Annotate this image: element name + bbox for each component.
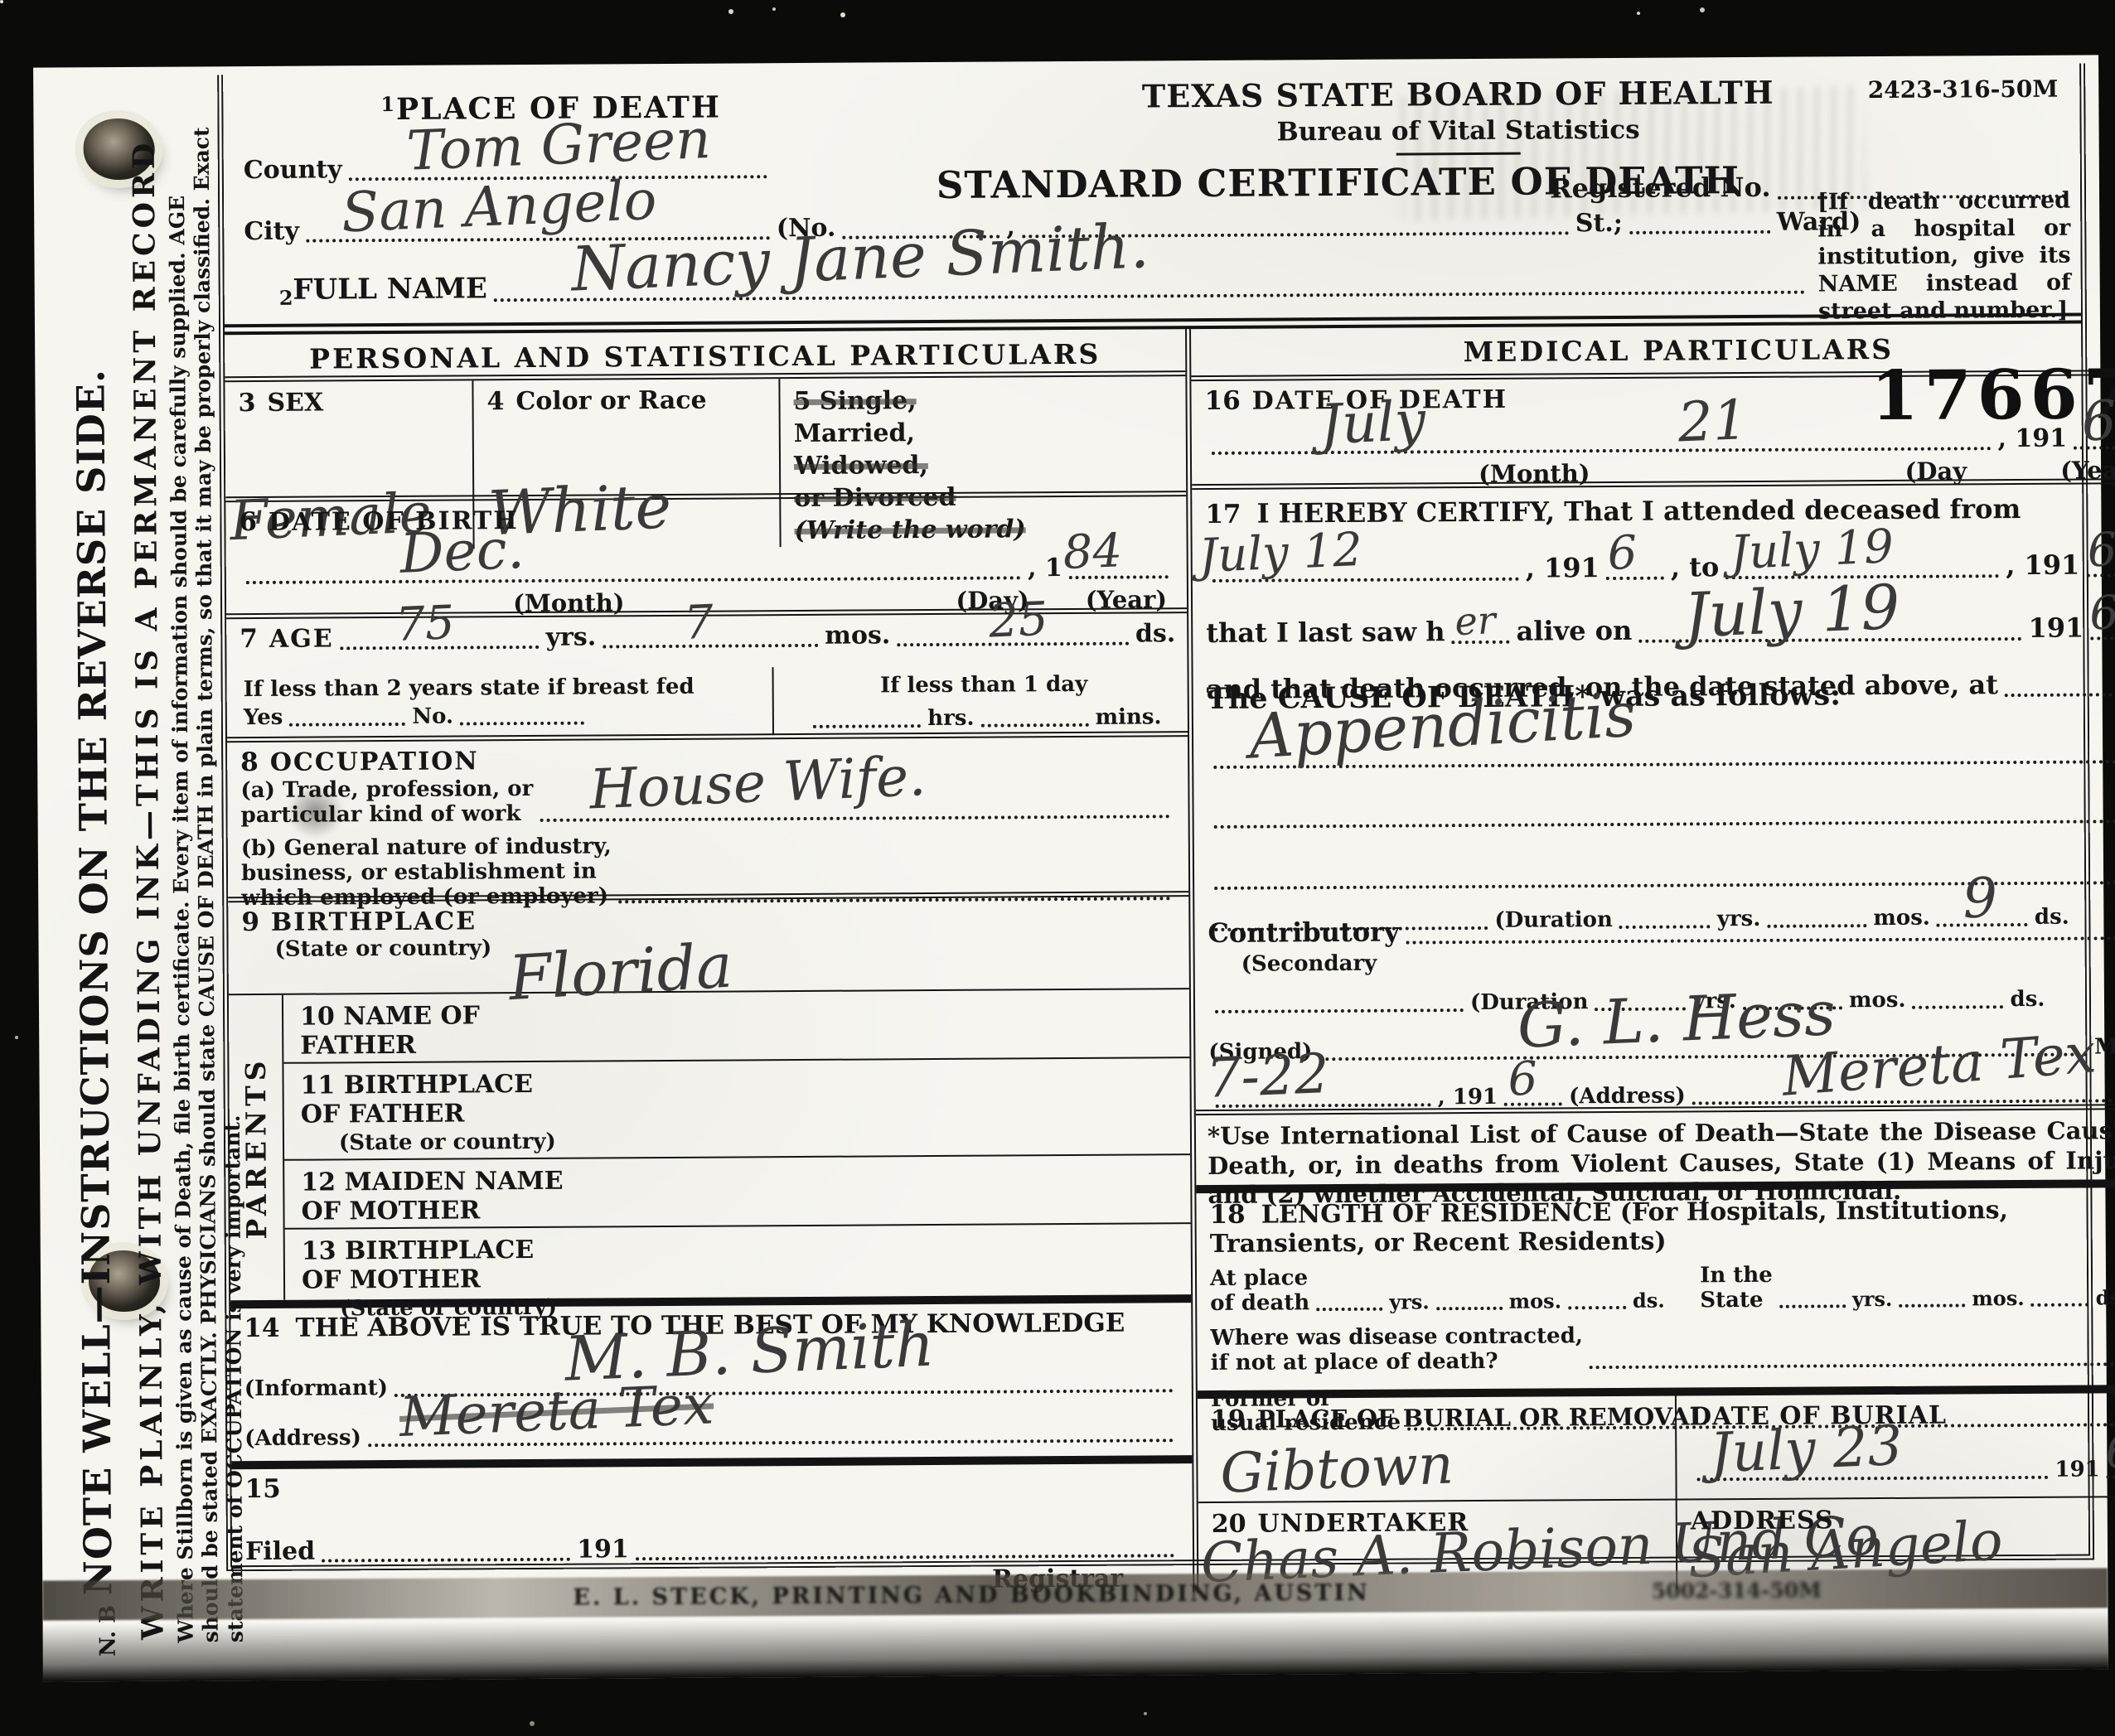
dob-line: Dec. [246,571,1021,584]
informant-address-label: (Address) [244,1425,361,1454]
mos-label: mos. [1849,988,1906,1016]
personal-column: PERSONAL AND STATISTICAL PARTICULARS 3SE… [225,329,1198,1598]
year-prefix: 191 [2055,1457,2099,1485]
month-label: (Month) [1479,459,1590,488]
ds-label: ds. [1633,1288,1665,1315]
father-birthplace-label: 11 BIRTHPLACE OF FATHER [300,1066,1181,1130]
international-list-note: *Use International List of Cause of Deat… [1196,1110,2115,1185]
filed-date-line [322,1553,570,1563]
city-label: City [244,217,299,249]
mos-label: mos. [1509,1289,1561,1316]
burial-date-value: July 23 [1709,1420,1904,1477]
ds-label: ds. [1135,619,1176,651]
atplace-ds-line [1568,1301,1626,1309]
field-number: 16 [1204,386,1240,416]
age-label: AGE [269,624,334,656]
burial-date-line: July 23 [1696,1471,2048,1482]
age-yrs-line: 75 [341,641,540,650]
scan-dust [0,0,3,3]
board-title: TEXAS STATE BOARD OF HEALTH [1118,74,1798,115]
attended-from-value: July 12 [1198,530,1363,578]
breast-fed-label: If less than 2 years state if breast fed [244,674,762,705]
father-birthplace-sub: (State or country) [339,1125,1182,1158]
race-label: Color or Race [515,386,706,419]
parents-side-label: PARENTS [229,995,285,1300]
at-place-label: At place of death [1210,1266,1309,1318]
certify-block: 17 I HEREBY CERTIFY, That I attended dec… [1192,484,2115,672]
full-name-label: FULL NAME [293,272,487,309]
county-label: County [244,155,342,188]
year-prefix: , 191 [1438,1085,1498,1113]
form-code: 2423-316-50M [1868,75,2059,104]
mother-birthplace-label: 13 BIRTHPLACE OF MOTHER [302,1232,1183,1296]
burial-year-line: 6 [2107,1470,2115,1478]
mos-label: mos. [825,621,890,653]
age-mos-line: 7 [603,639,818,649]
form-header: 1PLACE OF DEATH 2423-316-50M TEXAS STATE… [223,64,2081,325]
informant-label: (Informant) [244,1376,388,1405]
yrs-label: yrs. [546,622,597,655]
margin-write-plainly: WRITE PLAINLY, WITH UNFADING INK—THIS IS… [127,215,171,1640]
her-value: er [1454,603,1496,639]
burial-row: 19PLACE OF BURIAL OR REMOVAL Gibtown DAT… [1198,1393,2115,1501]
printer-code: 5002-314-50M [1652,1578,1822,1603]
last-saw-year-value: 6 [2088,592,2115,636]
field-number: 8 [240,747,259,777]
contracted-label: Where was disease contracted, if not at … [1210,1324,1583,1378]
form-body: PERSONAL AND STATISTICAL PARTICULARS 3SE… [225,324,2088,1572]
mins-line [981,718,1089,728]
field-number: 14 [244,1313,279,1343]
parents-block: PARENTS 10 NAME OF FATHER 11 BIRTHPLACE … [229,989,1191,1300]
mos-label: mos. [1972,1286,2024,1313]
sex-label: SEX [267,388,323,420]
field-number: 1 [380,92,396,116]
occupation-row: 8OCCUPATION (a) Trade, profession, or pa… [227,737,1188,897]
less-day-label: If less than 1 day [791,671,1178,702]
yrs-label: yrs. [1852,1287,1893,1314]
signed-date-value: 7-22 [1205,1049,1330,1103]
attended-to-value: July 19 [1730,526,1895,574]
contracted-line [1590,1357,2115,1369]
certify-text: I HEREBY CERTIFY, That I attended deceas… [1257,493,2021,533]
occupation-label: OCCUPATION [270,747,479,781]
certificate-page: NOTE WELL—INSTRUCTIONS ON THE REVERSE SI… [33,55,2108,1681]
cause-line-2 [1214,815,2115,829]
father-birthplace-field: 11 BIRTHPLACE OF FATHER (State or countr… [283,1058,1190,1161]
bureau-title: Bureau of Vital Statistics [1118,114,1798,148]
to-year-value: 6 [2087,530,2115,573]
last-saw-value: July 19 [1682,580,1900,644]
year-prefix: , 1 [1028,554,1062,586]
parents-label: PARENTS [240,1056,273,1239]
field-number: 4 [486,387,504,416]
contributory-block: Contributory (Secondary [1194,907,2115,987]
city-value: San Angelo [341,175,657,237]
year-prefix: , 191 [1997,424,2067,457]
filed-year-label: 191 [577,1535,629,1567]
field-number: 3 [238,389,255,418]
ward-label: Ward) [1777,207,1861,240]
age-yrs-value: 75 [394,602,455,646]
ds-label: ds. [2096,1285,2115,1313]
lead-line [1215,1003,1464,1013]
from-year-line: 6 [1606,572,1664,580]
mother-name-label: 12 MAIDEN NAME OF MOTHER [301,1163,1182,1227]
parents-rows: 10 NAME OF FATHER 11 BIRTHPLACE OF FATHE… [283,989,1191,1300]
certificate-form: 1PLACE OF DEATH 2423-316-50M TEXAS STATE… [217,64,2094,1572]
medical-column: 17667 MEDICAL PARTICULARS 16DATE OF DEAT… [1191,323,2115,1593]
personal-section-title: PERSONAL AND STATISTICAL PARTICULARS [225,329,1185,376]
ward-line [1629,225,1770,235]
less-than-day-field: If less than 1 day hrs. mins. [774,665,1188,735]
signed-block: (Duration yrs. mos. ds. (Signed) G. L. H… [1195,981,2115,1110]
age-mos-value: 7 [683,602,714,645]
st-label: St.; [1575,209,1623,241]
burial-year-value: 6 [2105,1431,2115,1474]
atplace-mos-line [1436,1302,1503,1310]
contributory-line [1406,931,2115,944]
field-number: 17 [1205,500,1241,530]
field-number: 19 [1211,1405,1246,1434]
year-prefix: , 191 [1526,552,1600,588]
yes-label: Yes [244,705,283,733]
ds-label: ds. [2010,987,2045,1015]
informant-address-value: Mereta Tex [398,1380,714,1442]
dod-year-value: 6 [2081,395,2115,446]
instate-ds-line [2031,1298,2089,1306]
hrs-line [813,719,921,728]
registered-no-label: Registered No. [1550,172,1771,208]
year-label: (Year) [2060,456,2115,485]
father-name-field: 10 NAME OF FATHER [283,989,1189,1064]
full-name-field: 2 FULL NAME Nancy Jane Smith. [279,264,1813,310]
cause-line-1: Appendicitis [1213,755,2115,769]
year-prefix: 191 [2028,612,2084,647]
field-number: 9 [241,907,259,937]
board-heading: TEXAS STATE BOARD OF HEALTH Bureau of Vi… [1118,74,1798,157]
last-saw-line: July 19 [1638,632,2021,643]
age-ds-value: 25 [988,598,1048,642]
dod-day-value: 21 [1677,395,1749,447]
contributory-label: Contributory [1208,916,1399,952]
in-state-label: In the State [1700,1264,1773,1315]
signed-year-value: 6 [1508,1058,1539,1101]
marital-widowed: Widowed, [794,447,1178,482]
field-number: 5 [793,387,811,416]
dob-month-value: Dec. [399,524,525,578]
mother-name-field: 12 MAIDEN NAME OF MOTHER [284,1155,1190,1230]
last-saw-text: that I last saw h [1206,616,1445,652]
signed-year-line: 6 [1504,1097,1562,1105]
residence-block: 18 LENGTH OF RESIDENCE (For Hospitals, I… [1196,1187,2115,1390]
signed-address-line: Mereta Tex [1692,1094,2115,1105]
burial-place-label: PLACE OF BURIAL OR REMOVAL [1257,1402,1706,1436]
md-label: M. D. [2094,1034,2115,1062]
full-name-value: Nancy Jane Smith. [570,220,1150,298]
birthplace-row: 9BIRTHPLACE (State or country) Florida [228,897,1189,994]
to-year-line: 6 [2086,568,2115,577]
cause-of-death-block: The CAUSE OF DEATH* was as follows: Appe… [1193,666,2115,912]
burial-date-field: DATE OF BURIAL July 23 191 6 [1677,1393,2115,1499]
dod-year-line: 6 [2074,441,2115,450]
printer-imprint: E. L. STECK, PRINTING AND BOOKBINDING, A… [573,1579,1370,1610]
field-number: 15 [244,1474,280,1504]
month-label: (Month) [513,588,625,617]
marital-married: Married, [794,415,1178,450]
occupation-a-label: (a) Trade, profession, or particular kin… [240,777,533,830]
field-number: 2 [279,286,293,310]
field-number: 6 [239,507,257,537]
informant-block: 14 THE ABOVE IS TRUE TO THE BEST OF MY K… [230,1303,1192,1461]
infant-row: If less than 2 years state if breast fed… [227,665,1188,737]
dod-line: July 21 [1212,442,1992,455]
filed-label: Filed [245,1537,315,1570]
attended-from-line: July 12 [1212,573,1519,583]
year-prefix: , 191 [2006,549,2079,585]
year-label: (Year) [1086,585,1167,614]
margin-note-well: NOTE WELL—INSTRUCTIONS ON THE REVERSE SI… [70,700,121,1595]
residence-label: LENGTH OF RESIDENCE (For Hospitals, Inst… [1210,1196,2008,1262]
burial-place-field: 19PLACE OF BURIAL OR REMOVAL Gibtown [1198,1396,1677,1502]
mins-label: mins. [1095,704,1161,733]
signed-date-line: 7-22 [1216,1098,1431,1108]
sex-race-marital-row: 3SEX Female 4Color or Race White 5 Singl… [225,376,1186,496]
duration2-ds-line [1912,1000,2003,1009]
father-name-label: 10 NAME OF FATHER [300,998,1181,1061]
breast-fed-field: If less than 2 years state if breast fed… [227,667,774,738]
dod-month-value: July [1319,396,1426,450]
last-saw-year-line: 6 [2090,631,2115,640]
age-ds-line: 25 [897,637,1129,647]
cause-value: Appendicitis [1248,688,1638,766]
scan-background: NOTE WELL—INSTRUCTIONS ON THE REVERSE SI… [0,0,2115,1736]
marital-single: Single, [820,386,917,416]
hrs-label: hrs. [927,706,975,734]
filed-year-line [636,1549,1174,1560]
instate-mos-line [1899,1298,1965,1307]
burial-place-value: Gibtown [1219,1439,1454,1498]
occupation-a-value: House Wife. [588,752,927,815]
field-number: 7 [240,624,258,657]
yes-line [289,718,405,727]
signed-address-label: (Address) [1569,1083,1686,1112]
field-15-row: 15 [231,1463,1192,1532]
date-of-death-row: 16DATE OF DEATH July 21 , 191 6 [1191,375,2115,484]
instate-yrs-line [1779,1299,1846,1308]
field-number: 18 [1209,1200,1245,1230]
informant-address-line: Mereta Tex [368,1434,1174,1447]
dob-year-line: 84 [1069,570,1169,579]
county-value: Tom Green [405,114,711,175]
divider [1396,152,1521,156]
yrs-label: yrs. [1389,1289,1430,1317]
alive-on-text: alive on [1516,615,1632,650]
occupation-a-line: House Wife. [540,810,1169,822]
no-label: No. [412,704,453,733]
full-name-line: Nancy Jane Smith. [494,286,1806,302]
day-label: (Day [1904,457,1967,485]
age-row: 7 AGE 75 yrs. 7 mos. 25 [226,613,1187,670]
atplace-yrs-line [1316,1302,1382,1310]
from-year-value: 6 [1607,532,1638,575]
secondary-label: (Secondary [1241,946,2115,980]
dob-year-value: 84 [1062,530,1123,574]
no-line [460,717,584,726]
her-line: er [1452,636,1510,644]
